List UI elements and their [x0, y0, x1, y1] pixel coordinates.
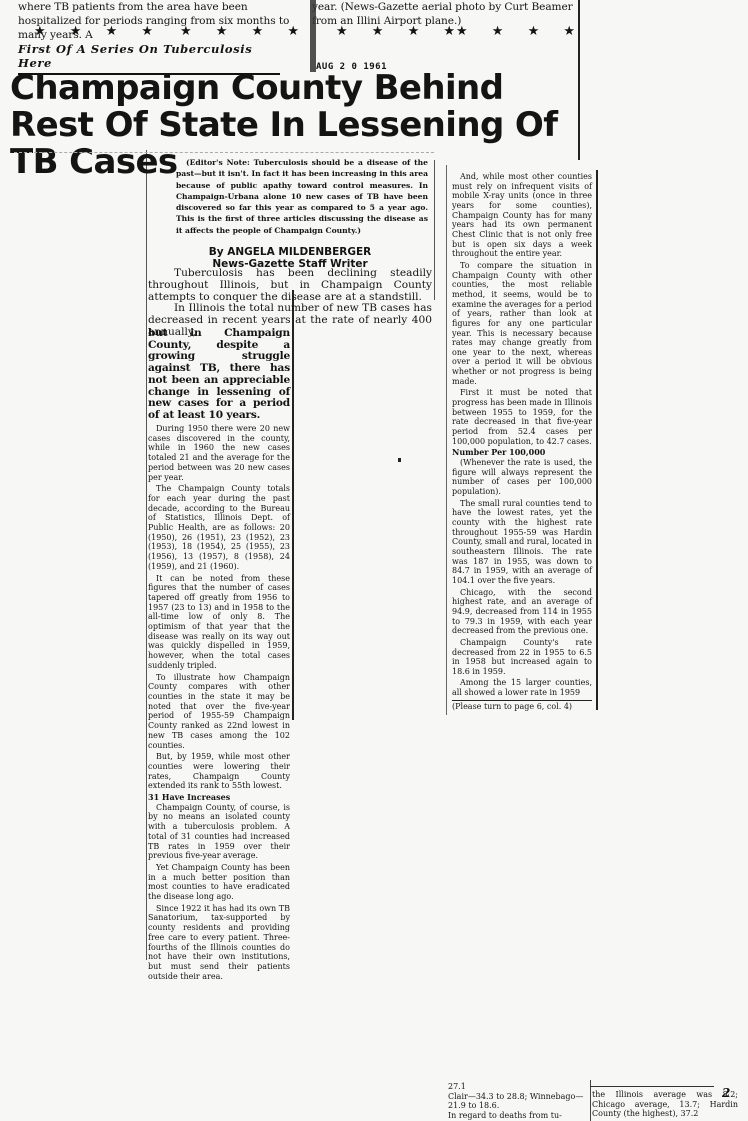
paragraph: Champaign County, of course, is by no me…	[148, 803, 290, 861]
column-rule	[292, 290, 294, 720]
paragraph: (Whenever the rate is used, the figure w…	[452, 458, 592, 497]
page-mark: 2	[722, 1086, 730, 1100]
paragraph: Yet Champaign County has been in a much …	[148, 863, 290, 902]
paragraph: Since 1922 it has had its own TB Sanator…	[148, 904, 290, 982]
paragraph: The Champaign County totals for each yea…	[148, 484, 290, 571]
column-rule	[446, 165, 447, 715]
paragraph: But, by 1959, while most other counties …	[148, 752, 290, 791]
footer-rule	[590, 1086, 714, 1087]
paragraph: To illustrate how Champaign County compa…	[148, 673, 290, 751]
paragraph: Champaign County's rate decreased from 2…	[452, 638, 592, 677]
paragraph: To compare the situation in Champaign Co…	[452, 261, 592, 387]
fold-shadow	[310, 0, 316, 72]
column-rule	[596, 170, 598, 710]
column-rule	[434, 160, 435, 300]
star-divider: ★ ★ ★ ★	[34, 24, 163, 39]
paragraph: Chicago, with the second highest rate, a…	[452, 588, 592, 636]
jump-line: (Please turn to page 6, col. 4)	[452, 700, 592, 712]
ink-smudge	[398, 458, 401, 462]
paragraph: It can be noted from these figures that …	[148, 574, 290, 671]
star-divider: ★ ★ ★ ★	[180, 24, 309, 39]
paragraph: Among the 15 larger counties, all showed…	[452, 678, 592, 697]
footer-continuation-left: 27.1 Clair—34.3 to 28.8; Winnebago—21.9 …	[448, 1082, 590, 1120]
paragraph: During 1950 there were 20 new cases disc…	[148, 424, 290, 482]
headline-rule	[14, 152, 434, 153]
star-divider: ★ ★ ★ ★	[336, 24, 465, 39]
paragraph: And, while most other counties must rely…	[452, 172, 592, 259]
star-divider: ★ ★ ★ ★	[456, 24, 585, 39]
lead-continuation-text: but in Champaign County, despite a growi…	[148, 328, 290, 422]
lead-paragraph: Tuberculosis has been declining steadily…	[148, 268, 432, 303]
footer-continuation-right: the Illinois average was 8.2; Chicago av…	[592, 1090, 738, 1119]
paragraph: The small rural counties tend to have th…	[452, 499, 592, 586]
article-column-2: And, while most other counties must rely…	[452, 172, 592, 713]
editors-note: (Editor's Note: Tuberculosis should be a…	[176, 157, 428, 236]
byline-author: By ANGELA MILDENBERGER	[160, 246, 420, 258]
subheading: 31 Have Increases	[148, 793, 290, 803]
lead-continuation: but in Champaign County, despite a growi…	[148, 328, 290, 422]
column-rule	[146, 150, 147, 960]
paragraph: First it must be noted that progress has…	[452, 388, 592, 446]
article-column-1: During 1950 there were 20 new cases disc…	[148, 424, 290, 983]
subheading: Number Per 100,000	[452, 448, 592, 458]
